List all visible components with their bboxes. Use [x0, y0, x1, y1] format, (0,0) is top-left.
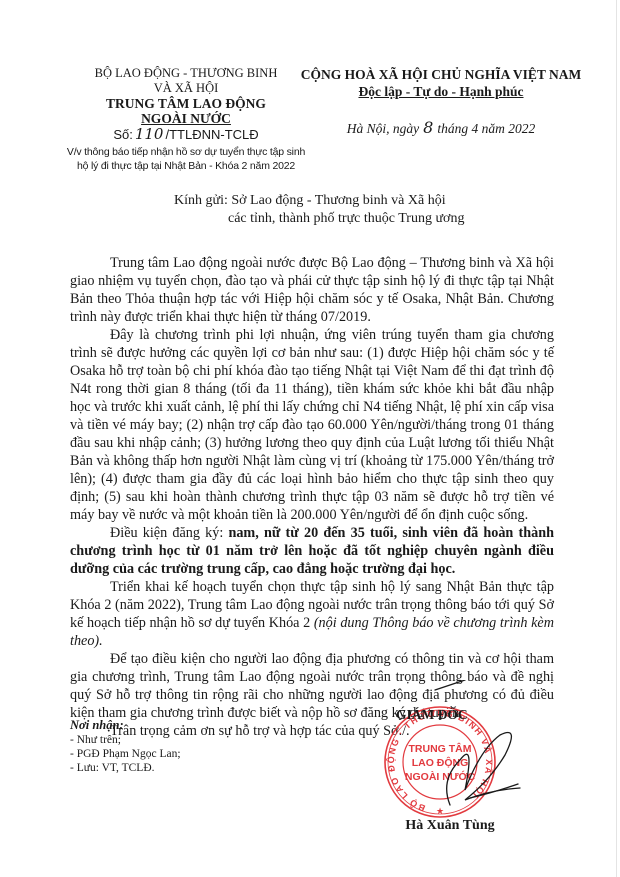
handwritten-number: 110	[135, 125, 164, 143]
signer-title: GIÁM ĐỐC	[396, 707, 468, 723]
letter-body: Trung tâm Lao động ngoài nước được Bộ La…	[70, 254, 554, 740]
national-header: CỘNG HOÀ XÃ HỘI CHỦ NGHĨA VIỆT NAM Độc l…	[296, 66, 586, 137]
paragraph-plan: Triển khai kế hoạch tuyển chọn thực tập …	[70, 578, 554, 650]
number-suffix: /TTLĐNN-TCLĐ	[165, 127, 258, 142]
subject-line-2: hộ lý đi thực tập tại Nhật Bản - Khóa 2 …	[66, 159, 306, 173]
subject-line: V/v thông báo tiếp nhận hồ sơ dự tuyển t…	[66, 145, 306, 173]
eligibility-label: Điều kiện đăng ký:	[110, 525, 228, 541]
number-prefix: Số:	[113, 127, 133, 142]
issuing-agency-header: BỘ LAO ĐỘNG - THƯƠNG BINH VÀ XÃ HỘI TRUN…	[66, 66, 306, 173]
stamp-line-1: TRUNG TÂM	[409, 742, 472, 755]
official-letter-page: BỘ LAO ĐỘNG - THƯƠNG BINH VÀ XÃ HỘI TRUN…	[0, 0, 620, 877]
date-prefix: Hà Nội, ngày	[347, 121, 419, 136]
addressee-line-2: các tỉnh, thành phố trực thuộc Trung ươn…	[174, 210, 464, 228]
date-suffix: tháng 4 năm 2022	[437, 121, 535, 136]
receiver-item: - Như trên;	[70, 733, 181, 747]
addressee: Kính gửi: Sở Lao động - Thương binh và X…	[174, 192, 464, 228]
page-edge	[616, 0, 617, 877]
ministry-line-1: BỘ LAO ĐỘNG - THƯƠNG BINH	[66, 66, 306, 81]
paragraph-benefits: Đây là chương trình phi lợi nhuận, ứng v…	[70, 326, 554, 524]
signer-name: Hà Xuân Tùng	[380, 818, 520, 834]
stamp-line-3: NGOÀI NƯỚC	[405, 770, 476, 783]
national-title: CỘNG HOÀ XÃ HỘI CHỦ NGHĨA VIỆT NAM	[296, 66, 586, 83]
paragraph-introduction: Trung tâm Lao động ngoài nước được Bộ La…	[70, 254, 554, 326]
issue-date: Hà Nội, ngày8tháng 4 năm 2022	[296, 118, 586, 137]
subject-line-1: V/v thông báo tiếp nhận hồ sơ dự tuyển t…	[66, 145, 306, 159]
paragraph-eligibility: Điều kiện đăng ký: nam, nữ từ 20 đến 35 …	[70, 524, 554, 578]
center-name-line-2: NGOÀI NƯỚC	[66, 111, 306, 126]
stamp-line-2: LAO ĐỘNG	[412, 756, 469, 769]
receivers-list: Nơi nhận: - Như trên; - PGĐ Phạm Ngọc La…	[70, 718, 181, 775]
svg-text:★: ★	[436, 806, 444, 816]
receiver-item: - PGĐ Phạm Ngọc Lan;	[70, 747, 181, 761]
national-motto: Độc lập - Tự do - Hạnh phúc	[296, 83, 586, 100]
ministry-line-2: VÀ XÃ HỘI	[66, 81, 306, 96]
date-day: 8	[423, 118, 433, 137]
center-name-line-1: TRUNG TÂM LAO ĐỘNG	[66, 96, 306, 111]
receivers-title: Nơi nhận:	[70, 718, 181, 732]
document-number: Số:110/TTLĐNN-TCLĐ	[66, 127, 306, 142]
addressee-line-1: Kính gửi: Sở Lao động - Thương binh và X…	[174, 192, 464, 210]
receiver-item: - Lưu: VT, TCLĐ.	[70, 761, 181, 775]
